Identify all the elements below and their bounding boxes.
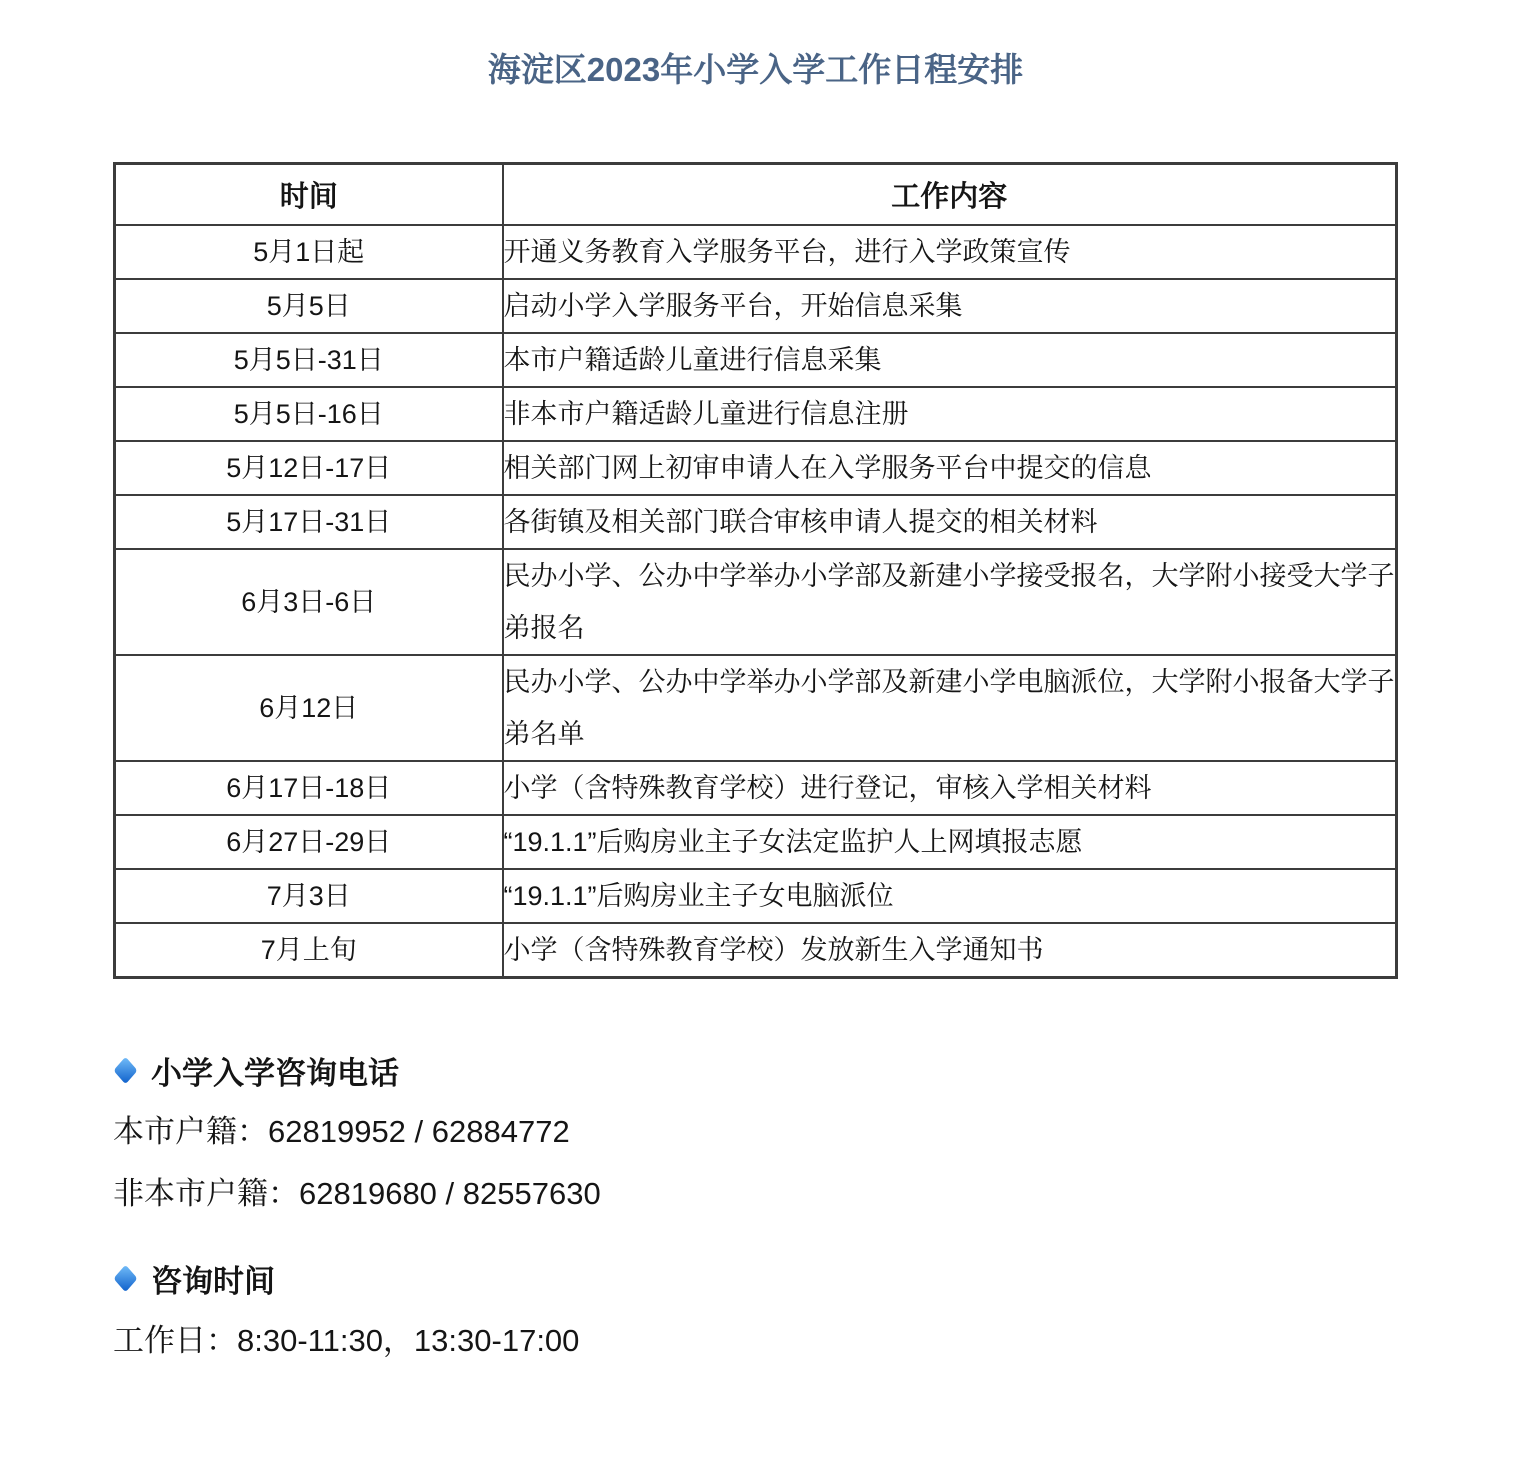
document-page: 海淀区2023年小学入学工作日程安排 时间 工作内容 5月1日起开通义务教育入学… (113, 0, 1398, 1372)
time-cell: 5月17日-31日 (115, 495, 503, 549)
time-cell: 7月3日 (115, 869, 503, 923)
section-phone: 小学入学咨询电话 本市户籍：62819952 / 62884772 非本市户籍：… (113, 1053, 1398, 1225)
time-cell: 6月27日-29日 (115, 815, 503, 869)
time-cell: 6月12日 (115, 655, 503, 761)
table-row: 6月12日民办小学、公办中学举办小学部及新建小学电脑派位，大学附小报备大学子弟名… (115, 655, 1397, 761)
time-cell: 5月5日 (115, 279, 503, 333)
time-cell: 6月3日-6日 (115, 549, 503, 655)
table-row: 6月27日-29日“19.1.1”后购房业主子女法定监护人上网填报志愿 (115, 815, 1397, 869)
content-cell: 民办小学、公办中学举办小学部及新建小学接受报名，大学附小接受大学子弟报名 (503, 549, 1397, 655)
table-header-row: 时间 工作内容 (115, 164, 1397, 225)
table-row: 5月17日-31日各街镇及相关部门联合审核申请人提交的相关材料 (115, 495, 1397, 549)
section-hours: 咨询时间 工作日：8:30-11:30，13:30-17:00 (113, 1261, 1398, 1372)
time-cell: 5月12日-17日 (115, 441, 503, 495)
page-title: 海淀区2023年小学入学工作日程安排 (113, 0, 1398, 88)
table-row: 7月上旬小学（含特殊教育学校）发放新生入学通知书 (115, 923, 1397, 978)
content-cell: 启动小学入学服务平台，开始信息采集 (503, 279, 1397, 333)
column-header-time: 时间 (115, 164, 503, 225)
table-row: 5月5日启动小学入学服务平台，开始信息采集 (115, 279, 1397, 333)
content-cell: 小学（含特殊教育学校）进行登记，审核入学相关材料 (503, 761, 1397, 815)
phone-line-local: 本市户籍：62819952 / 62884772 (113, 1101, 1398, 1163)
table-row: 5月5日-16日非本市户籍适龄儿童进行信息注册 (115, 387, 1397, 441)
phone-line-nonlocal: 非本市户籍：62819680 / 82557630 (113, 1163, 1398, 1225)
content-cell: “19.1.1”后购房业主子女法定监护人上网填报志愿 (503, 815, 1397, 869)
content-cell: “19.1.1”后购房业主子女电脑派位 (503, 869, 1397, 923)
time-cell: 5月5日-16日 (115, 387, 503, 441)
content-cell: 小学（含特殊教育学校）发放新生入学通知书 (503, 923, 1397, 978)
time-cell: 6月17日-18日 (115, 761, 503, 815)
schedule-table: 时间 工作内容 5月1日起开通义务教育入学服务平台，进行入学政策宣传5月5日启动… (113, 162, 1398, 979)
column-header-content: 工作内容 (503, 164, 1397, 225)
content-cell: 民办小学、公办中学举办小学部及新建小学电脑派位，大学附小报备大学子弟名单 (503, 655, 1397, 761)
table-row: 5月1日起开通义务教育入学服务平台，进行入学政策宣传 (115, 225, 1397, 279)
diamond-bullet-icon (113, 1265, 137, 1293)
content-cell: 各街镇及相关部门联合审核申请人提交的相关材料 (503, 495, 1397, 549)
diamond-bullet-icon (113, 1057, 137, 1085)
section-hours-heading-text: 咨询时间 (151, 1256, 275, 1301)
section-phone-heading-text: 小学入学咨询电话 (151, 1048, 399, 1093)
table-row: 6月3日-6日民办小学、公办中学举办小学部及新建小学接受报名，大学附小接受大学子… (115, 549, 1397, 655)
time-cell: 7月上旬 (115, 923, 503, 978)
table-row: 5月12日-17日相关部门网上初审申请人在入学服务平台中提交的信息 (115, 441, 1397, 495)
hours-line-workday: 工作日：8:30-11:30，13:30-17:00 (113, 1310, 1398, 1372)
table-row: 7月3日“19.1.1”后购房业主子女电脑派位 (115, 869, 1397, 923)
table-row: 6月17日-18日小学（含特殊教育学校）进行登记，审核入学相关材料 (115, 761, 1397, 815)
section-phone-heading: 小学入学咨询电话 (113, 1053, 1398, 1089)
content-cell: 本市户籍适龄儿童进行信息采集 (503, 333, 1397, 387)
content-cell: 相关部门网上初审申请人在入学服务平台中提交的信息 (503, 441, 1397, 495)
table-row: 5月5日-31日本市户籍适龄儿童进行信息采集 (115, 333, 1397, 387)
content-cell: 非本市户籍适龄儿童进行信息注册 (503, 387, 1397, 441)
time-cell: 5月5日-31日 (115, 333, 503, 387)
time-cell: 5月1日起 (115, 225, 503, 279)
section-hours-heading: 咨询时间 (113, 1261, 1398, 1297)
content-cell: 开通义务教育入学服务平台，进行入学政策宣传 (503, 225, 1397, 279)
